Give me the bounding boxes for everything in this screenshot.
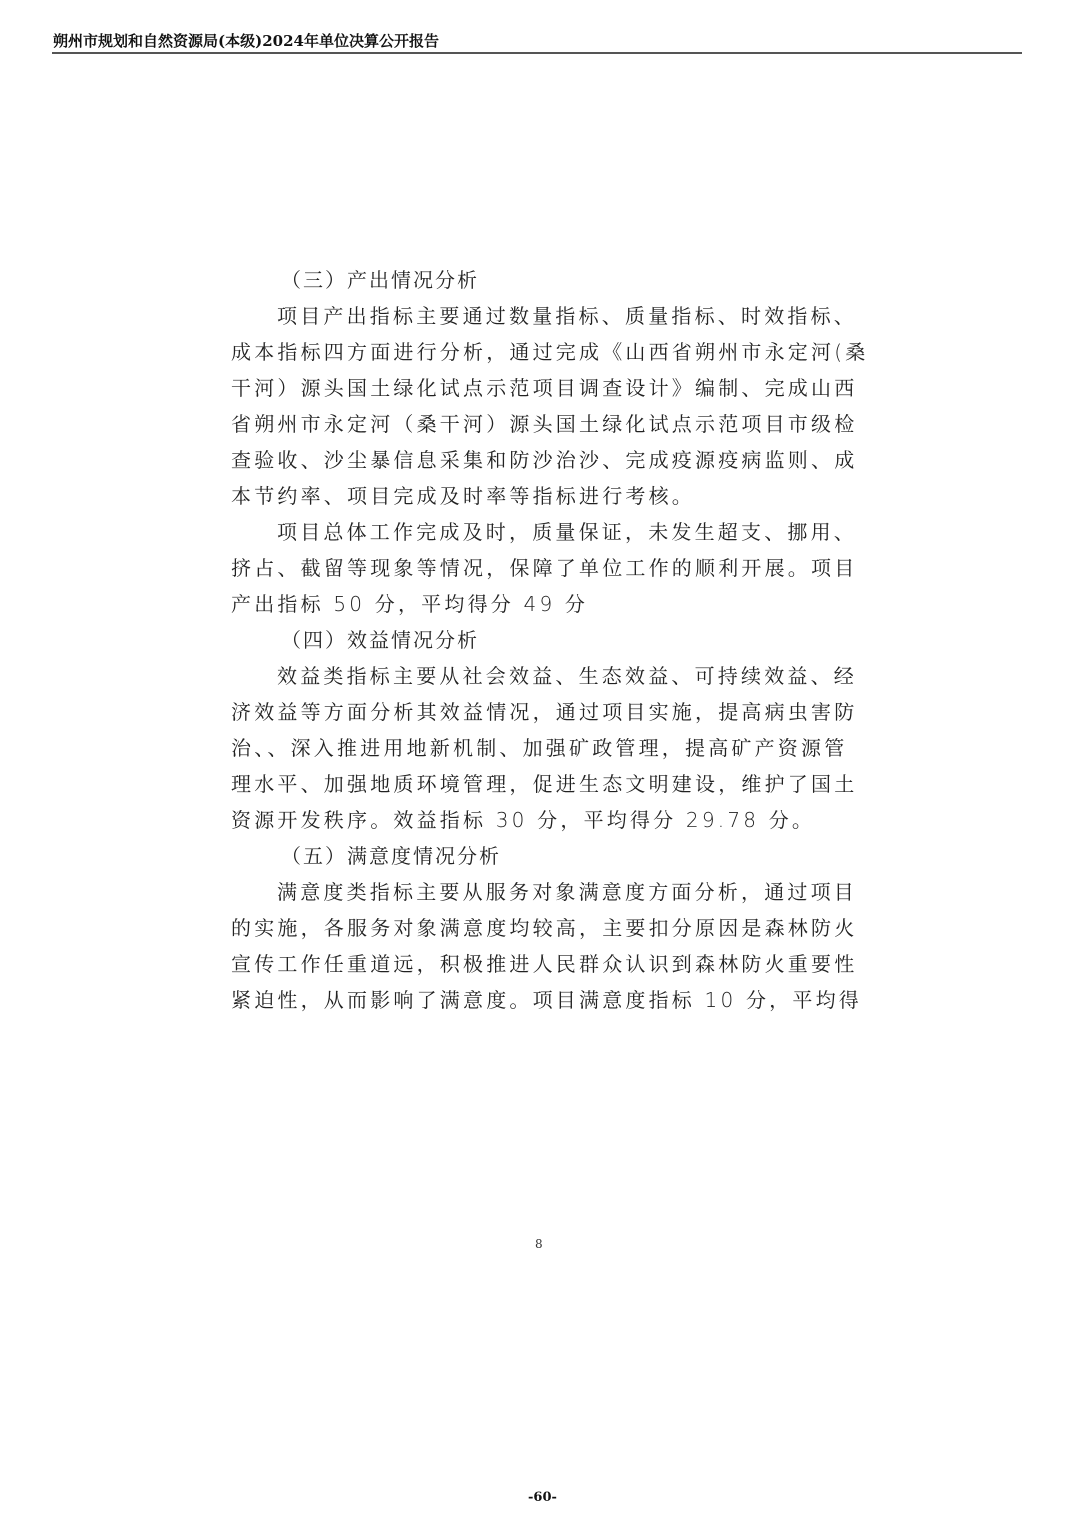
inner-page-number: 8 bbox=[535, 1237, 543, 1251]
section-heading: （五）满意度情况分析 bbox=[231, 838, 847, 874]
text-line: 紧迫性，从而影响了满意度。项目满意度指标 10 分，平均得 bbox=[231, 982, 847, 1018]
text-line: 本节约率、项目完成及时率等指标进行考核。 bbox=[231, 478, 847, 514]
section-heading: （三）产出情况分析 bbox=[231, 262, 847, 298]
text-line: 项目总体工作完成及时，质量保证，未发生超支、挪用、 bbox=[231, 514, 847, 550]
text-line: 查验收、沙尘暴信息采集和防沙治沙、完成疫源疫病监则、成 bbox=[231, 442, 847, 478]
text-line: 济效益等方面分析其效益情况，通过项目实施，提高病虫害防 bbox=[231, 694, 847, 730]
text-line: 项目产出指标主要通过数量指标、质量指标、时效指标、 bbox=[231, 298, 847, 334]
header-divider bbox=[52, 52, 1022, 54]
outer-page-number: -60- bbox=[528, 1490, 557, 1505]
text-line: 的实施，各服务对象满意度均较高，主要扣分原因是森林防火 bbox=[231, 910, 847, 946]
section-output-analysis: （三）产出情况分析 项目产出指标主要通过数量指标、质量指标、时效指标、 成本指标… bbox=[231, 262, 847, 622]
paragraph: 满意度类指标主要从服务对象满意度方面分析，通过项目 的实施，各服务对象满意度均较… bbox=[231, 874, 847, 1018]
document-body: （三）产出情况分析 项目产出指标主要通过数量指标、质量指标、时效指标、 成本指标… bbox=[231, 262, 847, 1018]
section-satisfaction-analysis: （五）满意度情况分析 满意度类指标主要从服务对象满意度方面分析，通过项目 的实施… bbox=[231, 838, 847, 1018]
text-line: 效益类指标主要从社会效益、生态效益、可持续效益、经 bbox=[231, 658, 847, 694]
paragraph: 项目总体工作完成及时，质量保证，未发生超支、挪用、 挤占、截留等现象等情况，保障… bbox=[231, 514, 847, 622]
text-line: 省朔州市永定河（桑干河）源头国土绿化试点示范项目市级检 bbox=[231, 406, 847, 442]
text-line: 理水平、加强地质环境管理，促进生态文明建设，维护了国土 bbox=[231, 766, 847, 802]
text-line: 满意度类指标主要从服务对象满意度方面分析，通过项目 bbox=[231, 874, 847, 910]
report-title: 朔州市规划和自然资源局(本级)2024年单位决算公开报告 bbox=[53, 30, 439, 51]
text-line: 成本指标四方面进行分析，通过完成《山西省朔州市永定河(桑 bbox=[231, 334, 847, 370]
paragraph: 项目产出指标主要通过数量指标、质量指标、时效指标、 成本指标四方面进行分析，通过… bbox=[231, 298, 847, 514]
text-line: 干河）源头国土绿化试点示范项目调查设计》编制、完成山西 bbox=[231, 370, 847, 406]
section-benefit-analysis: （四）效益情况分析 效益类指标主要从社会效益、生态效益、可持续效益、经 济效益等… bbox=[231, 622, 847, 838]
text-line: 宣传工作任重道远，积极推进人民群众认识到森林防火重要性 bbox=[231, 946, 847, 982]
text-line: 资源开发秩序。效益指标 30 分，平均得分 29.78 分。 bbox=[231, 802, 847, 838]
text-line: 产出指标 50 分，平均得分 49 分 bbox=[231, 586, 847, 622]
text-line: 治、、深入推进用地新机制、加强矿政管理，提高矿产资源管 bbox=[231, 730, 847, 766]
paragraph: 效益类指标主要从社会效益、生态效益、可持续效益、经 济效益等方面分析其效益情况，… bbox=[231, 658, 847, 838]
section-heading: （四）效益情况分析 bbox=[231, 622, 847, 658]
text-line: 挤占、截留等现象等情况，保障了单位工作的顺利开展。项目 bbox=[231, 550, 847, 586]
